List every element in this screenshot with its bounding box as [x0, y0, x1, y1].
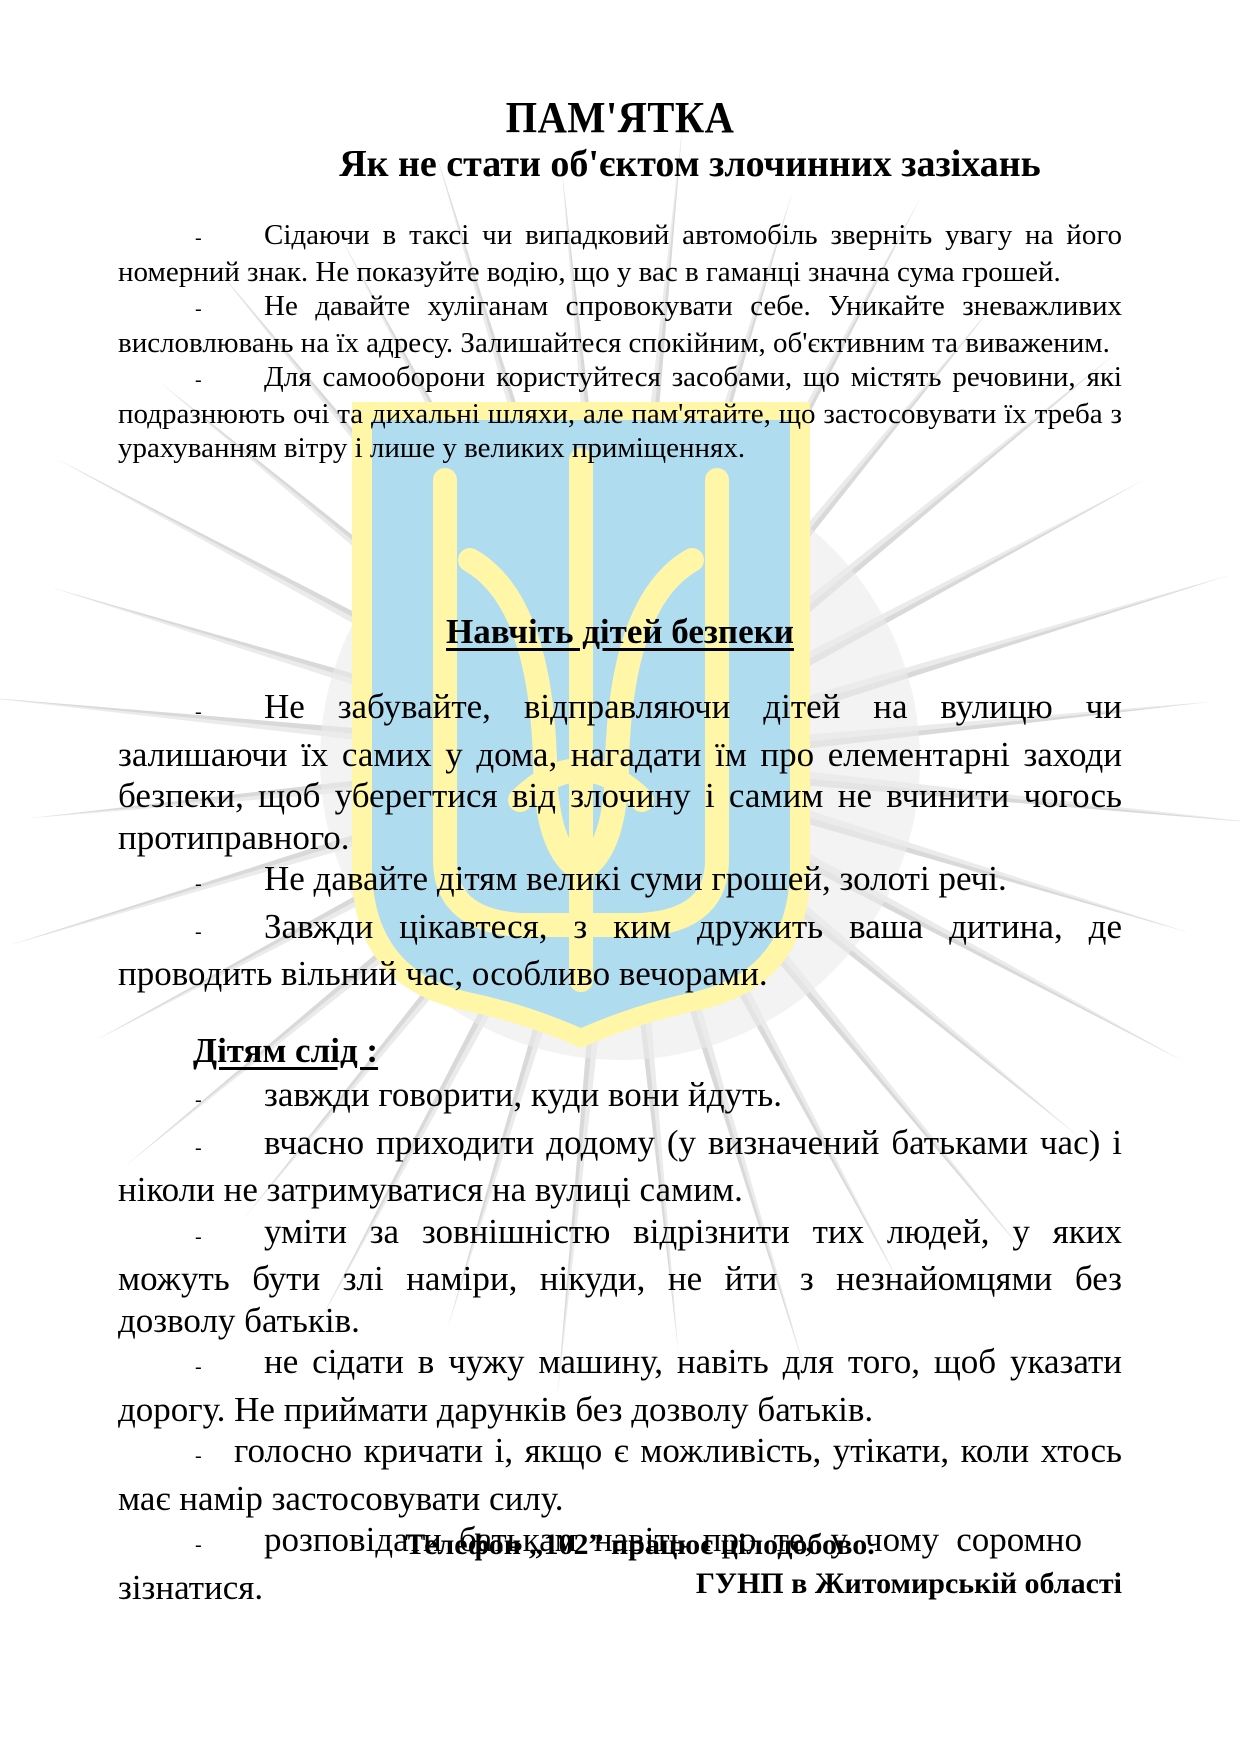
- document-page: ПАМ'ЯТКА Як не стати об'єктом злочинних …: [0, 0, 1240, 1755]
- bullet-marker: -: [118, 912, 264, 954]
- list-item: -Для самооборони користуйтеся засобами, …: [118, 360, 1122, 465]
- bullet-marker: -: [118, 363, 264, 397]
- list-item: -Завжди цікавтеся, з ким дружить ваша ди…: [118, 906, 1122, 995]
- intro-list: -Сідаючи в таксі чи випадковий автомобіл…: [118, 218, 1122, 465]
- bullet-marker: -: [118, 1080, 264, 1122]
- bullet-marker: -: [118, 864, 264, 906]
- section-heading: Навчіть дітей безпеки: [118, 612, 1122, 652]
- list-item: -Не давайте дітям великі суми грошей, зо…: [118, 858, 1122, 906]
- list-item: -Не забувайте, відправляючи дітей на вул…: [118, 686, 1122, 858]
- list-item: -завжди говорити, куди вони йдуть.: [118, 1074, 1122, 1122]
- list-item: -вчасно приходити додому (у визначений б…: [118, 1122, 1122, 1211]
- bullet-marker: -: [118, 1436, 234, 1478]
- bullet-marker: -: [118, 1347, 264, 1389]
- footer-organization: ГУНП в Житомирській області: [696, 1567, 1122, 1601]
- bullet-marker: -: [118, 692, 264, 734]
- document-subtitle: Як не стати об'єктом злочинних зазіхань: [290, 142, 1090, 186]
- list-item: -не сідати в чужу машину, навіть для тог…: [118, 1341, 1122, 1430]
- footer-phone: Телефон „102” працює цілодобово.: [0, 1528, 1240, 1562]
- kids-heading: Дітям слід :: [118, 1031, 1122, 1071]
- section-list: -Не забувайте, відправляючи дітей на вул…: [118, 686, 1122, 995]
- list-item: -голосно кричати і, якщо є можливість, у…: [118, 1430, 1122, 1519]
- list-item: -Не давайте хуліганам спровокувати себе.…: [118, 289, 1122, 360]
- bullet-marker: -: [118, 221, 264, 255]
- document-title: ПАМ'ЯТКА: [50, 92, 1191, 143]
- list-item: -Сідаючи в таксі чи випадковий автомобіл…: [118, 218, 1122, 289]
- bullet-marker: -: [118, 1217, 264, 1259]
- list-item: -уміти за зовнішністю відрізнити тих люд…: [118, 1211, 1122, 1342]
- bullet-marker: -: [118, 1128, 264, 1170]
- bullet-marker: -: [118, 292, 264, 326]
